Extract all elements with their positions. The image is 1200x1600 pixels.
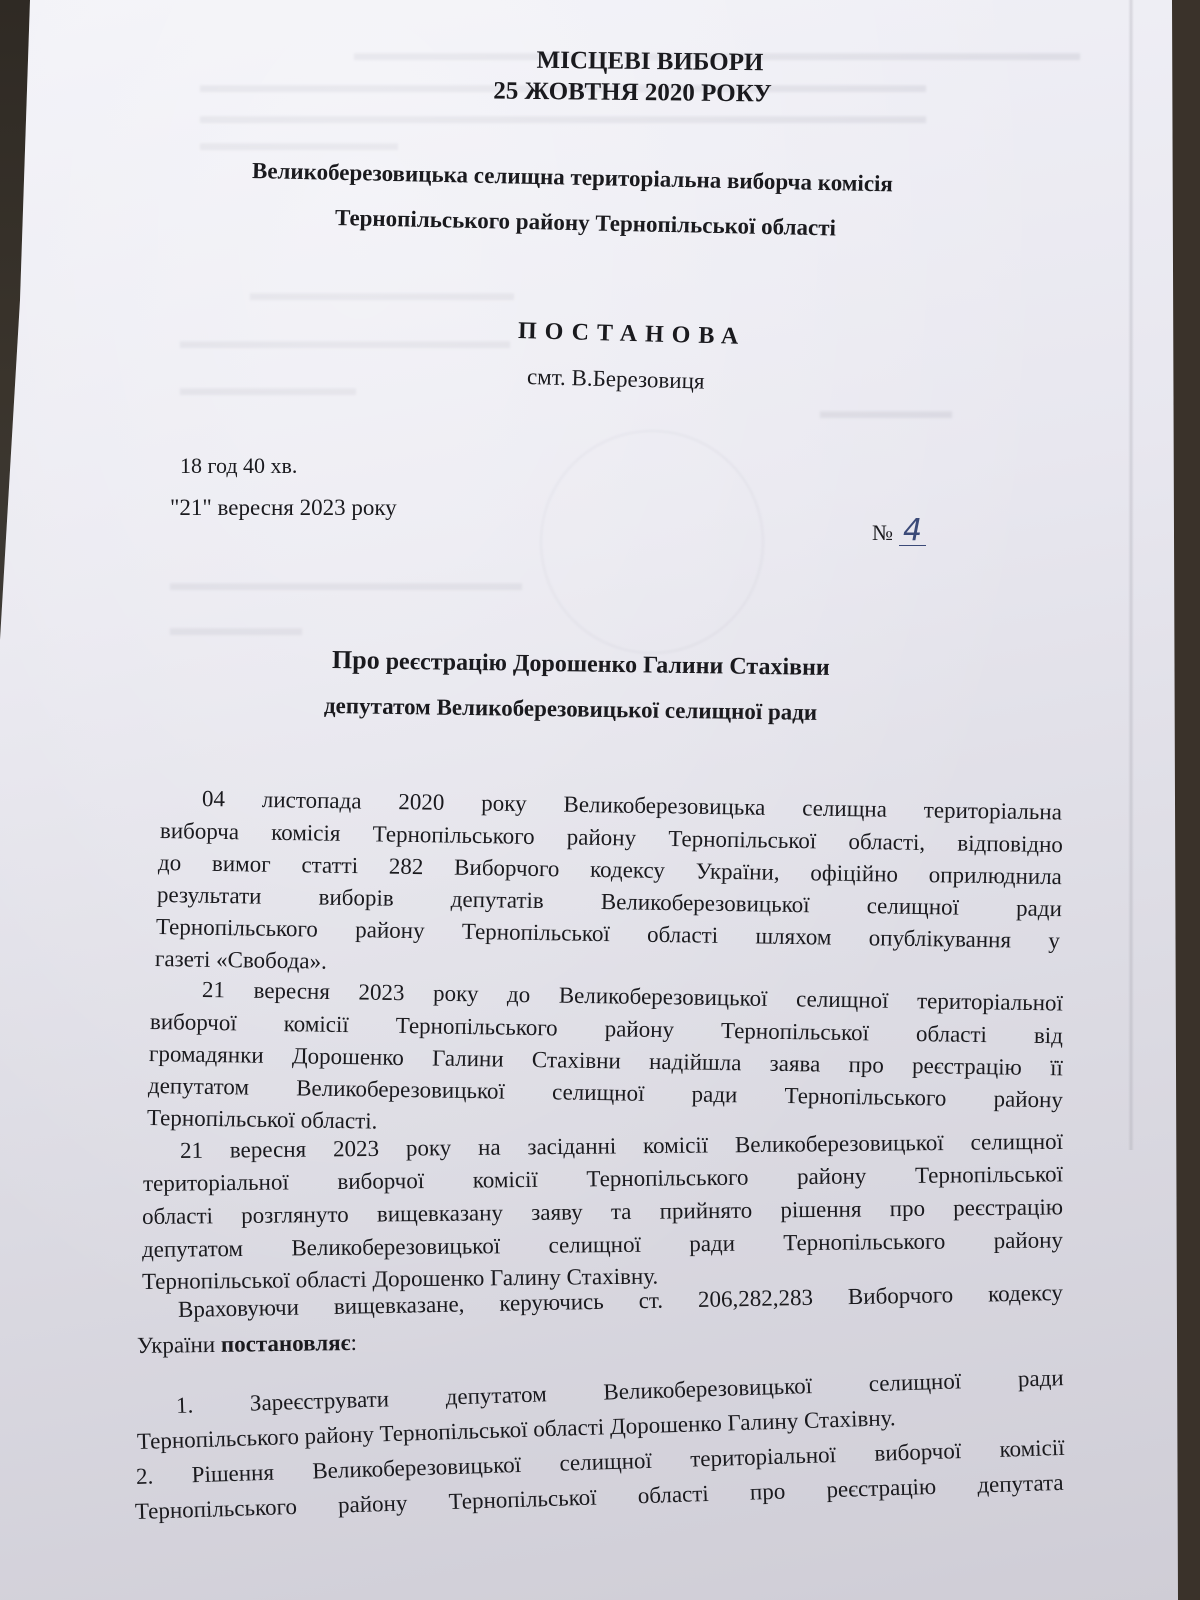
paragraph-3-line: області розглянуто вищевказану заяву та … [142,1193,1063,1231]
paragraph-2-line: Тернопільської області. [147,1104,447,1137]
paragraph-1-line: газеті «Свобода». [155,945,455,978]
colon: : [350,1330,357,1355]
resolution-title-line1: Про реєстрацію Дорошенко Галини Стахівни [332,645,830,682]
number-sign: № [872,520,893,546]
document: МІСЦЕВІ ВИБОРИ 25 ЖОВТНЯ 2020 РОКУ Велик… [0,0,1200,1600]
title-rest: реєстрацію Дорошенко Галини Стахівни [379,649,829,681]
paragraph-3-line: депутатом Великоберезовицької селищної р… [142,1226,1063,1264]
document-number: №4 [872,517,926,546]
paragraph-3-line: територіальної виборчої комісії Тернопіл… [143,1160,1063,1198]
country-word: України [137,1332,221,1358]
document-place: смт. В.Березовиця [527,364,705,395]
handwritten-number: 4 [899,517,926,546]
decides-word: постановляє [221,1330,351,1357]
commission-district: Тернопільського району Тернопільської об… [335,205,836,241]
title-prefix: Про [332,645,380,675]
resolution-title-line2: депутатом Великоберезовицької селищної р… [324,693,817,726]
document-date: "21" вересня 2023 року [170,495,397,521]
document-time: 18 год 40 хв. [180,453,297,479]
commission-name: Великоберезовицька селищна територіальна… [252,158,893,197]
document-type: ПОСТАНОВА [518,318,747,351]
paragraph-4-line: України постановляє: [137,1330,357,1359]
